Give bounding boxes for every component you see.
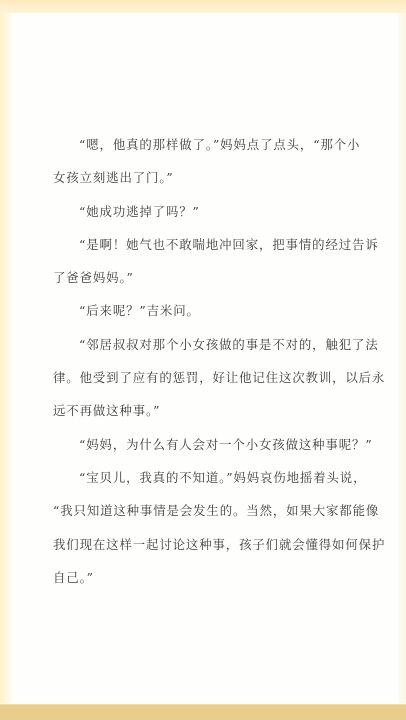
page-top-edge [0,0,406,13]
text-line: “我只知道这种事情是会发生的。当然，如果大家都能像 [53,499,349,532]
text-line: “妈妈，为什么有人会对一个小女孩做这种事呢？” [53,433,349,466]
page-right-edge [398,13,406,703]
text-line: “嗯，他真的那样做了。”妈妈点了点头，“那个小 [53,133,349,166]
text-line: 自己。” [53,566,349,599]
text-line: 女孩立刻逃出了门。” [53,166,349,199]
text-line: “邻居叔叔对那个小女孩做的事是不对的，触犯了法 [53,333,349,366]
text-line: “后来呢？”吉米问。 [53,299,349,332]
story-text: “嗯，他真的那样做了。”妈妈点了点头，“那个小 女孩立刻逃出了门。” “她成功逃… [53,133,349,599]
text-line: 远不再做这种事。” [53,399,349,432]
text-line: 了爸爸妈妈。” [53,266,349,299]
text-line: “宝贝儿，我真的不知道。”妈妈哀伤地摇着头说， [53,466,349,499]
page-bottom-edge [0,704,406,720]
text-line: “她成功逃掉了吗？” [53,200,349,233]
text-line: 我们现在这样一起讨论这种事，孩子们就会懂得如何保护 [53,533,349,566]
text-line: “是啊！她气也不敢喘地冲回家，把事情的经过告诉 [53,233,349,266]
text-line: 律。他受到了应有的惩罚，好让他记住这次教训，以后永 [53,366,349,399]
page-left-edge [0,13,12,703]
